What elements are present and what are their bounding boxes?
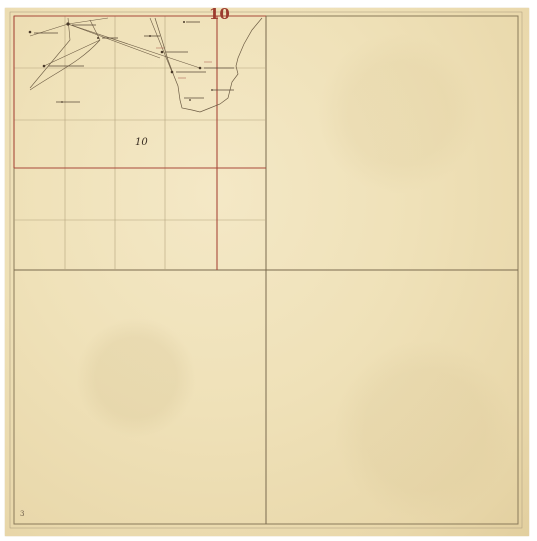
coastline — [155, 18, 262, 112]
corner-mark: 3 — [20, 510, 24, 518]
red-annotations — [156, 48, 212, 78]
map-grid — [0, 0, 537, 541]
sheet-number: 10 — [209, 5, 230, 23]
quadrant-label: 10 — [135, 137, 148, 148]
